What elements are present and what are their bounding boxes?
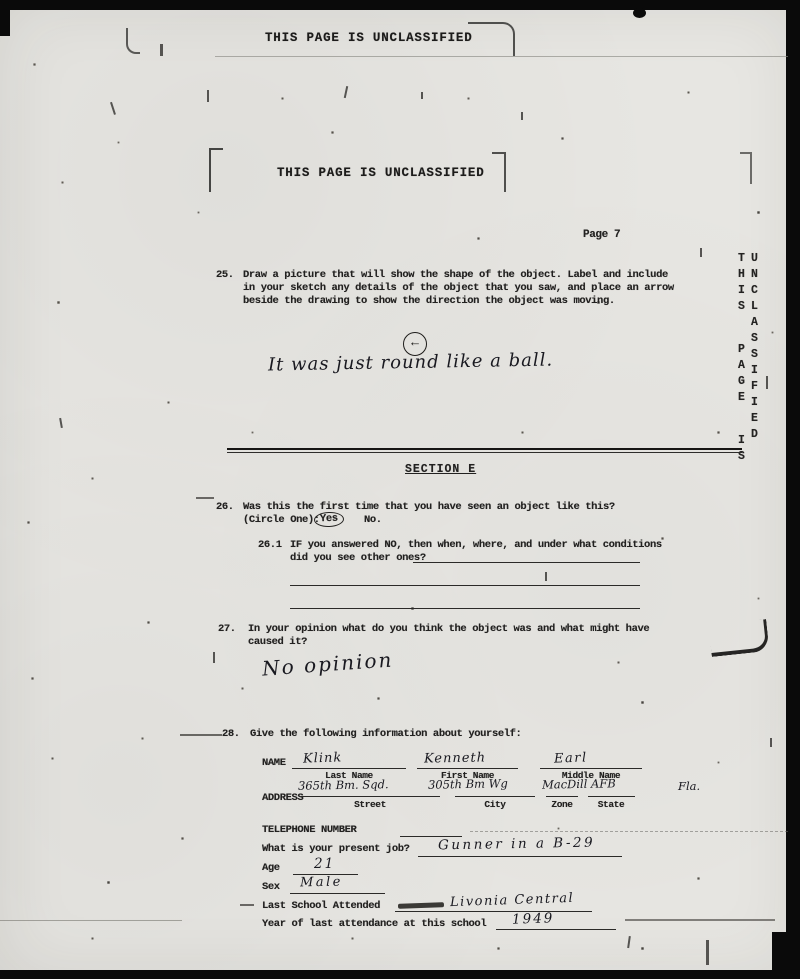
scan-mark <box>110 102 115 115</box>
age-handwritten-value: 21 <box>314 856 335 872</box>
answer-line <box>413 546 640 563</box>
job-field-label: What is your present job? <box>262 843 410 855</box>
question-25-handwritten-answer: It was just round like a ball. <box>268 350 553 376</box>
sex-handwritten-value: Male <box>300 875 343 891</box>
job-handwritten-value: Gunner in a B-29 <box>438 835 595 854</box>
state-sublabel: State <box>585 799 637 810</box>
state-line <box>588 782 635 797</box>
scan-mark <box>344 86 348 98</box>
scan-fold-line <box>625 919 775 921</box>
question-26-number: 26. <box>216 501 234 513</box>
city-sublabel: City <box>455 799 535 810</box>
classification-banner-top: THIS PAGE IS UNCLASSIFIED <box>265 31 473 45</box>
scan-mark <box>421 92 423 99</box>
question-26-1-line2: did you see other ones? <box>290 552 426 564</box>
scan-edge-corner <box>0 6 10 36</box>
question-28-title: Give the following information about you… <box>250 728 521 740</box>
scan-mark <box>521 112 523 120</box>
question-26-circle-one-label: (Circle One): <box>243 514 320 526</box>
question-27-line1: In your opinion what do you think the ob… <box>248 623 649 635</box>
direction-arrow-icon: ← <box>411 335 419 350</box>
address-field-label: ADDRESS <box>262 792 303 804</box>
page-number: Page 7 <box>583 229 620 241</box>
stamp-box-corner <box>468 22 515 56</box>
question-25-number: 25. <box>216 269 234 281</box>
year-handwritten-value: 1949 <box>512 910 555 927</box>
scan-mark <box>213 652 215 663</box>
section-e-title: SECTION E <box>405 463 476 476</box>
city-line <box>455 782 535 797</box>
scan-edge-corner <box>772 932 800 979</box>
scan-edge-top <box>0 0 800 10</box>
zone-sublabel: Zone <box>538 799 586 810</box>
scan-mark <box>627 936 630 948</box>
scan-fold-line <box>0 920 182 921</box>
scan-mark <box>240 904 254 906</box>
name-field-label: NAME <box>262 757 286 769</box>
year-field-label: Year of last attendance at this school <box>262 918 486 930</box>
scan-edge-right <box>786 8 800 979</box>
address-extra-handwritten-value: Fla. <box>678 779 700 793</box>
classification-banner-mid: THIS PAGE IS UNCLASSIFIED <box>277 166 485 180</box>
scan-mark <box>160 44 163 56</box>
question-27-line2: caused it? <box>248 636 307 648</box>
pen-hook-mark <box>708 619 769 657</box>
stamp-bracket <box>492 152 506 192</box>
classification-stamp-vertical: THIS PAGE IS UNCLASSIFIED <box>735 252 761 612</box>
last-name-handwritten-value: Klink <box>303 750 343 766</box>
circled-yes-mark: Yes <box>314 511 344 527</box>
question-26-1-number: 26.1 <box>258 539 282 551</box>
zone-line <box>546 782 578 797</box>
scan-mark <box>196 497 214 499</box>
scan-edge-bottom <box>0 970 800 979</box>
street-sublabel: Street <box>300 799 440 810</box>
answer-line <box>290 569 640 586</box>
stamp-box-corner <box>126 28 140 54</box>
middle-name-handwritten-value: Earl <box>554 750 588 766</box>
street-line <box>300 782 440 797</box>
stamp-bracket <box>740 152 752 184</box>
telephone-field-label: TELEPHONE NUMBER <box>262 824 356 836</box>
answer-line <box>290 592 640 609</box>
question-26-answer-yes: Yes <box>314 512 344 527</box>
scan-mark <box>706 940 709 965</box>
scanned-document-page: THIS PAGE IS UNCLASSIFIED THIS PAGE IS U… <box>0 0 800 979</box>
age-field-label: Age <box>262 862 280 874</box>
question-25-line3: beside the drawing to show the direction… <box>243 295 615 307</box>
scan-dashed-line <box>470 831 788 832</box>
first-name-handwritten-value: Kenneth <box>424 750 486 766</box>
stamp-box-line <box>215 56 788 57</box>
question-25-line1: Draw a picture that will show the shape … <box>243 269 668 281</box>
telephone-line <box>400 824 462 837</box>
question-25-line2: in your sketch any details of the object… <box>243 282 674 294</box>
scan-mark <box>766 376 768 389</box>
scan-mark <box>59 418 62 428</box>
scan-mark <box>207 90 209 102</box>
question-26-line1: Was this the first time that you have se… <box>243 501 615 513</box>
section-divider-rule <box>227 448 742 453</box>
question-26-answer-no: No. <box>364 514 382 526</box>
school-field-label: Last School Attended <box>262 900 380 912</box>
scan-mark <box>180 734 222 736</box>
question-28-number: 28. <box>222 728 240 740</box>
scan-mark <box>700 248 702 257</box>
scan-blot <box>633 8 646 18</box>
question-27-handwritten-answer: No opinion <box>261 647 394 680</box>
stamp-bracket <box>209 148 223 192</box>
scan-mark <box>770 738 772 747</box>
sex-field-label: Sex <box>262 881 280 893</box>
question-27-number: 27. <box>218 623 236 635</box>
